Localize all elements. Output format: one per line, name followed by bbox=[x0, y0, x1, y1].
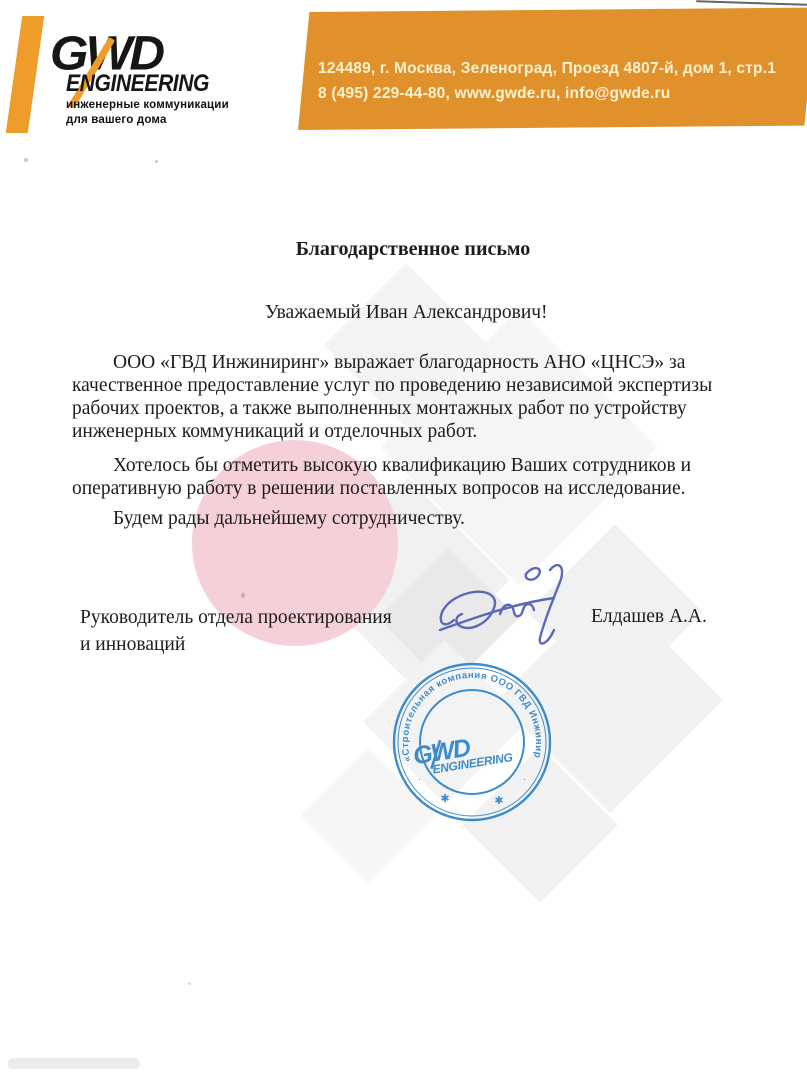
scan-artifact-smudge bbox=[8, 1058, 140, 1069]
signoff-position-line1: Руководитель отдела проектирования bbox=[80, 604, 392, 631]
paragraph-line: ООО «ГВД Инжиниринг» выражает благодарно… bbox=[72, 351, 712, 374]
company-stamp: «Строительная компания ООО ГВД Инжинирин… bbox=[372, 642, 572, 842]
stamp-star-left: ✱ bbox=[440, 793, 449, 805]
scan-speck bbox=[155, 160, 158, 163]
signoff-position-line2: и инноваций bbox=[80, 631, 392, 658]
letter-page: GWD ENGINEERING инженерные коммуникации … bbox=[0, 0, 807, 1072]
stamp-dot-left: · bbox=[418, 774, 421, 785]
paragraph-line: Будем рады дальнейшему сотрудничеству. bbox=[72, 507, 465, 530]
signoff-position: Руководитель отдела проектирования и инн… bbox=[80, 604, 392, 658]
logo-orange-bar bbox=[6, 16, 44, 133]
paragraph-line: Хотелось бы отметить высокую квалификаци… bbox=[72, 454, 691, 477]
scan-speck bbox=[241, 593, 245, 598]
paragraph-line: рабочих проектов, а также выполненных мо… bbox=[72, 397, 712, 420]
paragraph-line: инженерных коммуникаций и отделочных раб… bbox=[72, 420, 712, 443]
stamp-dot-right: · bbox=[523, 774, 526, 785]
scan-artifact-line bbox=[696, 0, 807, 6]
stamp-star-right: ✱ bbox=[494, 795, 503, 807]
signoff-name: Елдашев А.А. bbox=[591, 606, 707, 628]
logo-tagline-line1: инженерные коммуникации bbox=[66, 99, 229, 111]
paragraph-2: Хотелось бы отметить высокую квалификаци… bbox=[72, 454, 691, 500]
paragraph-line: качественное предоставление услуг по про… bbox=[72, 374, 712, 397]
paragraph-line: оперативную работу в решении поставленны… bbox=[72, 477, 691, 500]
letter-title: Благодарственное письмо bbox=[26, 238, 800, 261]
handwritten-signature bbox=[426, 558, 596, 653]
scan-speck bbox=[188, 982, 191, 985]
logo-brand-bottom: ENGINEERING bbox=[66, 70, 209, 98]
header-contacts: 8 (495) 229-44-80, www.gwde.ru, info@gwd… bbox=[318, 85, 670, 103]
paragraph-1: ООО «ГВД Инжиниринг» выражает благодарно… bbox=[72, 351, 712, 443]
logo-tagline-line2: для вашего дома bbox=[66, 114, 167, 126]
paragraph-3: Будем рады дальнейшему сотрудничеству. bbox=[72, 507, 465, 530]
header-address: 124489, г. Москва, Зеленоград, Проезд 48… bbox=[318, 60, 776, 78]
scan-speck bbox=[24, 158, 28, 162]
letter-salutation: Уважаемый Иван Александрович! bbox=[265, 302, 548, 324]
